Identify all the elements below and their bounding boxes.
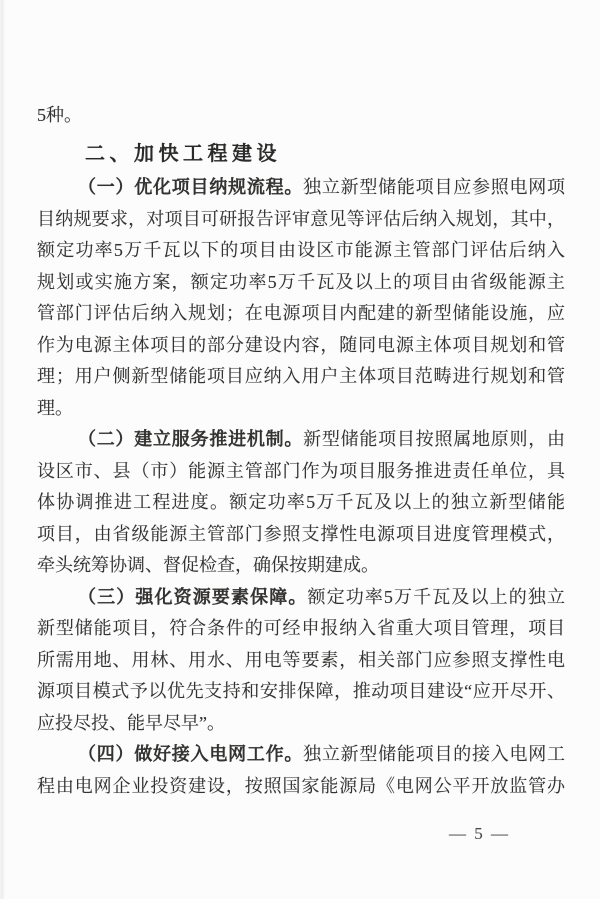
paragraph: （一）优化项目纳规流程。独立新型储能项目应参照电网项目纳规要求，对项目可研报告评…: [37, 172, 565, 424]
scan-edge-artifact: [0, 0, 5, 899]
paragraph-lead: （四）做好接入电网工作。: [78, 744, 303, 764]
text-line: 所需用地、用林、用水、用电等要素，相关部门应参照支撑性电: [37, 645, 565, 677]
paragraph: （二）建立服务推进机制。新型储能项目按照属地原则，由设区市、县（市）能源主管部门…: [37, 424, 565, 582]
page-number: — 5 —: [449, 822, 510, 846]
text-line: 源项目模式予以优先支持和安排保障，推动项目建设“应开尽开、: [37, 676, 565, 708]
text-line: 理；用户侧新型储能项目应纳入用户主体项目范畴进行规划和管: [37, 361, 565, 393]
document-body: 5种。 二、加快工程建设 （一）优化项目纳规流程。独立新型储能项目应参照电网项目…: [37, 100, 565, 802]
carryover-text-line: 5种。: [37, 100, 565, 132]
paragraph: （四）做好接入电网工作。独立新型储能项目的接入电网工程由电网企业投资建设，按照国…: [37, 739, 565, 802]
text-line: 项目，由省级能源主管部门参照支撑性电源项目进度管理模式，: [37, 519, 565, 551]
paragraph-list: （一）优化项目纳规流程。独立新型储能项目应参照电网项目纳规要求，对项目可研报告评…: [37, 172, 565, 802]
paragraph-lead: （一）优化项目纳规流程。: [78, 177, 303, 197]
text-line: 设区市、县（市）能源主管部门作为项目服务推进责任单位，具: [37, 456, 565, 488]
text-line: 额定功率5万千瓦以下的项目由设区市能源主管部门评估后纳入: [37, 235, 565, 267]
section-heading: 二、加快工程建设: [37, 136, 565, 173]
text-line: 理。: [37, 393, 565, 425]
text-line: 规划或实施方案，额定功率5万千瓦及以上的项目由省级能源主: [37, 267, 565, 299]
text-line: 管部门评估后纳入规划；在电源项目内配建的新型储能设施，应: [37, 298, 565, 330]
text-line: 应投尽投、能早尽早”。: [37, 708, 565, 740]
text-line: 作为电源主体项目的部分建设内容，随同电源主体项目规划和管: [37, 330, 565, 362]
text-line: （三）强化资源要素保障。额定功率5万千瓦及以上的独立: [37, 582, 565, 614]
scanned-document-page: 5种。 二、加快工程建设 （一）优化项目纳规流程。独立新型储能项目应参照电网项目…: [0, 0, 600, 899]
text-line: 体协调推进工程进度。额定功率5万千瓦及以上的独立新型储能: [37, 487, 565, 519]
paragraph-lead: （二）建立服务推进机制。: [78, 429, 303, 449]
text-line: 程由电网企业投资建设，按照国家能源局《电网公平开放监管办: [37, 771, 565, 803]
paragraph: （三）强化资源要素保障。额定功率5万千瓦及以上的独立新型储能项目，符合条件的可经…: [37, 582, 565, 740]
paragraph-lead: （三）强化资源要素保障。: [78, 587, 307, 607]
text-line: （二）建立服务推进机制。新型储能项目按照属地原则，由: [37, 424, 565, 456]
text-line: （四）做好接入电网工作。独立新型储能项目的接入电网工: [37, 739, 565, 771]
text-line: （一）优化项目纳规流程。独立新型储能项目应参照电网项: [37, 172, 565, 204]
text-line: 新型储能项目，符合条件的可经申报纳入省重大项目管理，项目: [37, 613, 565, 645]
text-line: 目纳规要求，对项目可研报告评审意见等评估后纳入规划，其中，: [37, 204, 565, 236]
text-line: 牵头统筹协调、督促检查，确保按期建成。: [37, 550, 565, 582]
